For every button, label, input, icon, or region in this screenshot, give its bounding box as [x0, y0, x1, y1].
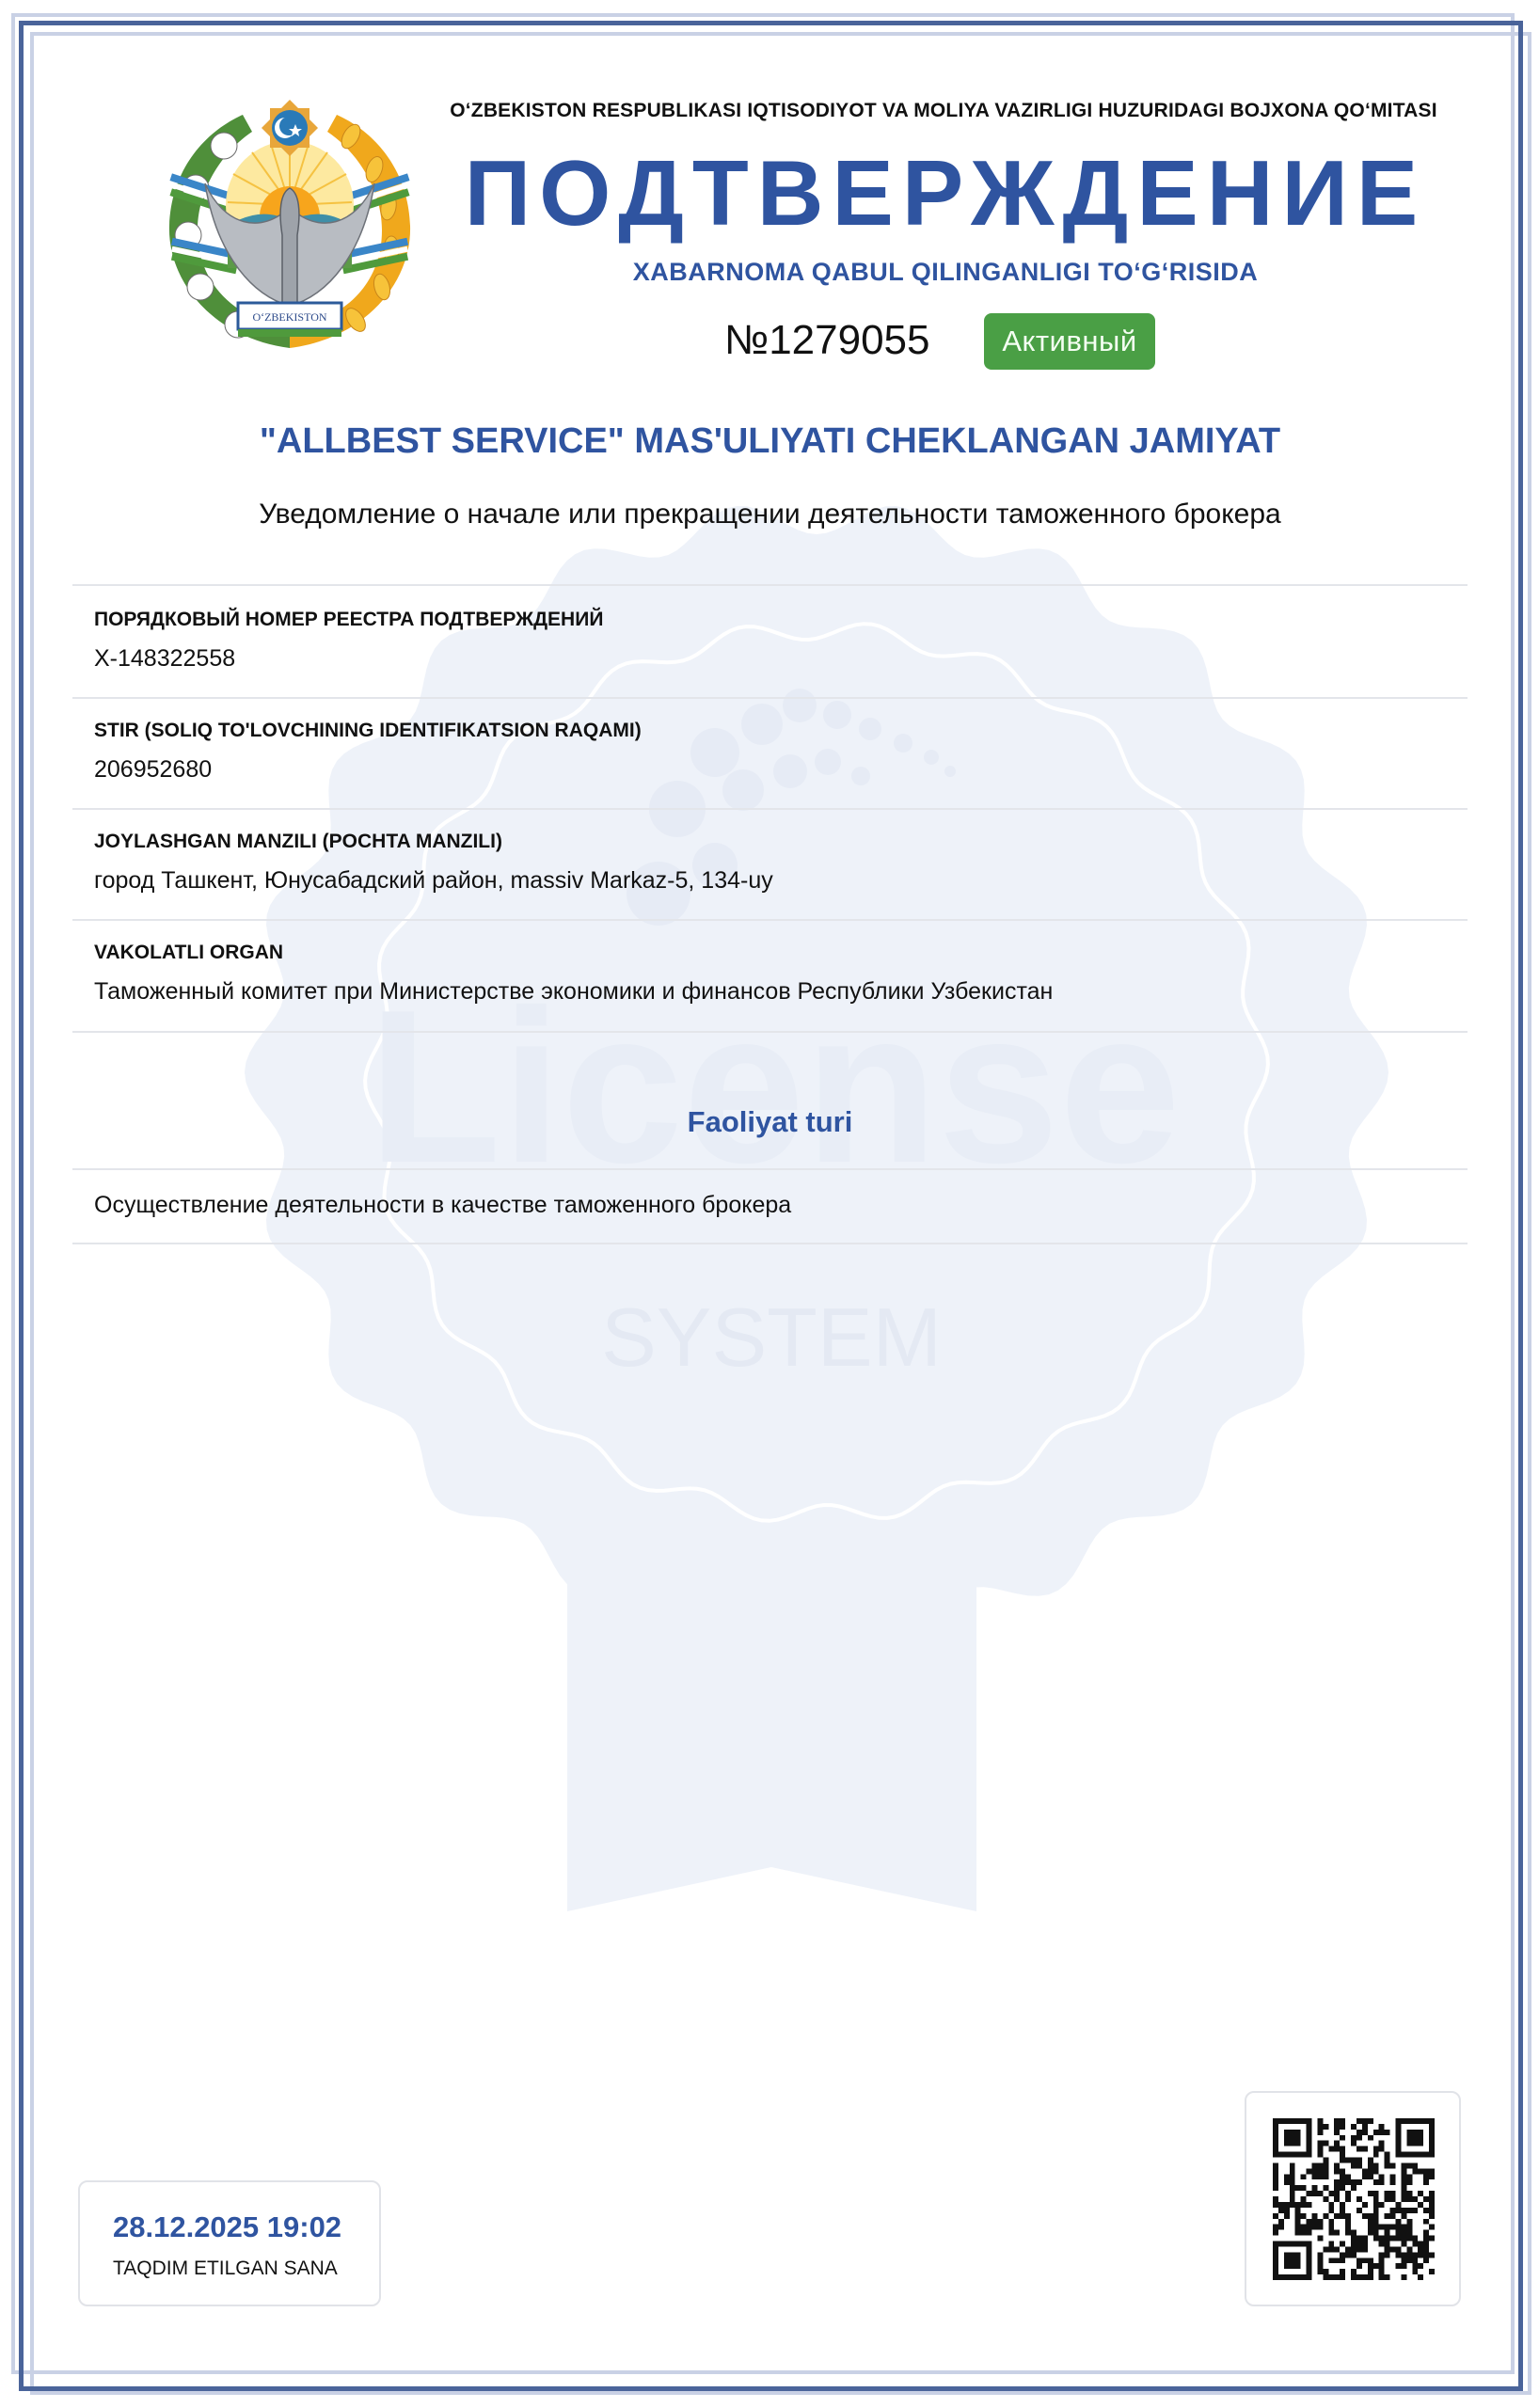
divider — [72, 1168, 1468, 1170]
submission-date-label: TAQDIM ETILGAN SANA — [113, 2257, 338, 2280]
submission-date: 28.12.2025 19:02 — [113, 2210, 341, 2244]
submission-date-card: 28.12.2025 19:02 TAQDIM ETILGAN SANA — [78, 2180, 381, 2306]
qr-code-icon[interactable] — [1273, 2118, 1435, 2280]
field-label-registry-number: ПОРЯДКОВЫЙ НОМЕР РЕЕСТРА ПОДТВЕРЖДЕНИЙ — [94, 609, 603, 631]
page-title: ПОДТВЕРЖДЕНИЕ — [423, 141, 1468, 245]
divider — [72, 584, 1468, 586]
field-label-address: JOYLASHGAN MANZILI (POCHTA MANZILI) — [94, 831, 502, 853]
field-label-tin: STIR (SOLIQ TO'LOVCHINING IDENTIFIKATSIO… — [94, 720, 642, 742]
field-value-address: город Ташкент, Юнусабадский район, massi… — [94, 867, 773, 895]
field-label-authority: VAKOLATLI ORGAN — [94, 942, 283, 964]
activity-section-title: Faoliyat turi — [72, 1105, 1468, 1139]
divider — [72, 1243, 1468, 1244]
company-name: "ALLBEST SERVICE" MAS'ULIYATI CHEKLANGAN… — [72, 421, 1468, 462]
notice-type: Уведомление о начале или прекращении дея… — [72, 499, 1468, 531]
svg-text:O‘ZBEKISTON: O‘ZBEKISTON — [252, 310, 326, 324]
qr-card[interactable] — [1245, 2091, 1461, 2306]
field-value-tin: 206952680 — [94, 756, 212, 784]
status-badge: Активный — [984, 313, 1155, 370]
divider — [72, 808, 1468, 810]
document-number: №1279055 — [724, 315, 930, 366]
uzbekistan-emblem-icon: O‘ZBEKISTON — [158, 94, 421, 367]
page-subtitle: XABARNOMA QABUL QILINGANLIGI TO‘G‘RISIDA — [423, 258, 1468, 287]
field-value-authority: Таможенный комитет при Министерстве экон… — [94, 978, 1053, 1006]
ministry-name: O‘ZBEKISTON RESPUBLIKASI IQTISODIYOT VA … — [421, 100, 1466, 122]
divider — [72, 697, 1468, 699]
field-value-registry-number: X-148322558 — [94, 645, 235, 673]
divider — [72, 919, 1468, 921]
activity-value: Осуществление деятельности в качестве та… — [94, 1192, 791, 1219]
divider — [72, 1031, 1468, 1033]
